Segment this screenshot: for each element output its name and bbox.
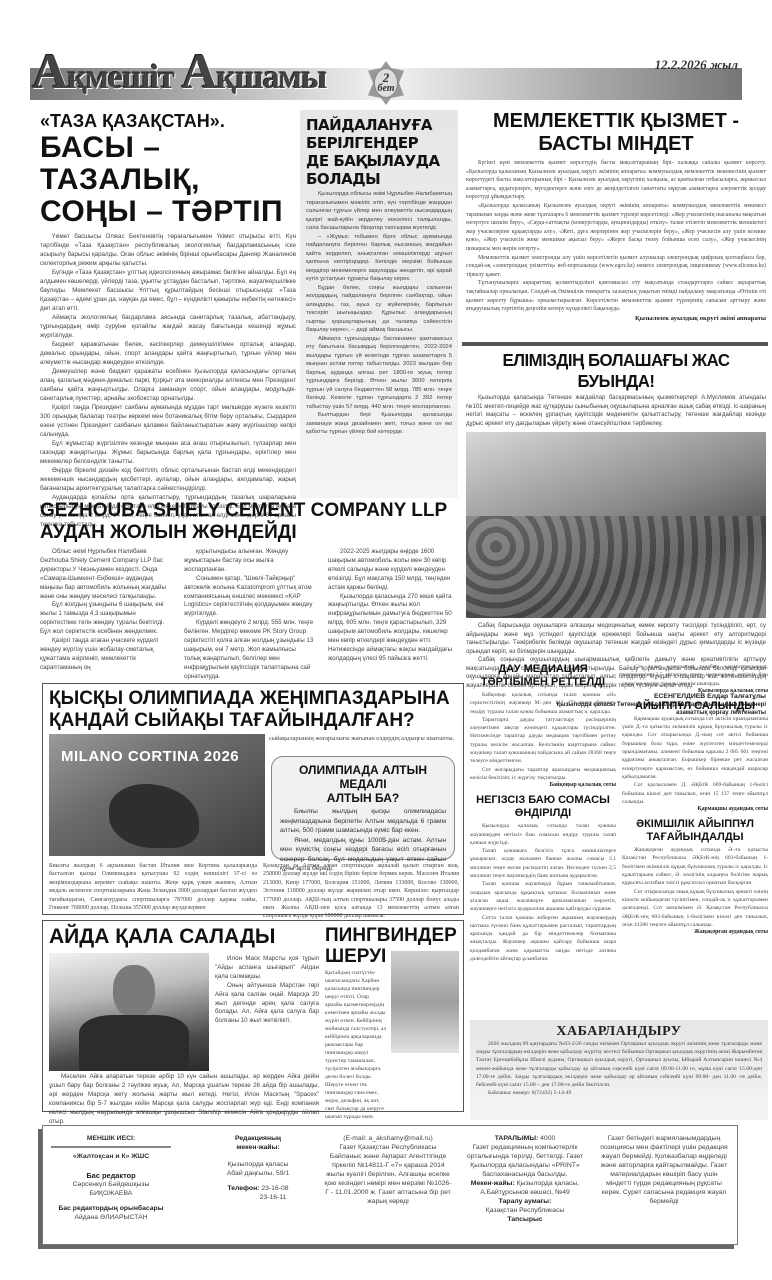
article-headline: ПАЙДАЛАНУҒА БЕРІЛГЕНДЕР ДЕ БАҚЫЛАУДА БОЛ… [306, 116, 452, 188]
aiyppul-signature: Қармақшы аудандық соты [622, 806, 768, 812]
section-divider [462, 342, 768, 346]
article-headline-line2: ҚАНДАЙ СЫЙАҚЫ ТАҒАЙЫНДАЛҒАН? [49, 710, 415, 732]
aiyppul-headline: АЙЫППҰЛ САЛЫНДЫ [622, 700, 768, 713]
portrait-body [79, 1015, 189, 1071]
page-number: 2 [375, 72, 397, 83]
announcement-phone: Байланыс нөмері: 8(72432) 5-14-49 [476, 1089, 762, 1097]
akimshilik-headline-line2: ТАҒАЙЫНДАЛДЫ [622, 831, 768, 844]
article-headline-line2: БАСЫ – ТАЗАЛЫҚ, [40, 132, 296, 196]
article-signature: Байқоңыр қалалық соты [470, 782, 616, 788]
issue-date: 12.2.2026 жыл [655, 57, 738, 73]
column-1: Облыс әкімі Нұрлыбек Налибаев Gezhouba S… [40, 548, 170, 682]
article-body: Қызылорда облысы әкімі Нұрлыбек Налибаев… [306, 190, 452, 437]
negizsiz-signature: Қызылорда қалалық соты [622, 688, 768, 694]
photo-caption: MILANO CORTINA 2026 [61, 748, 239, 765]
article-intro: Қызылорда қаласында Төтенше жағдайлар ба… [466, 394, 766, 428]
article-body: Байқоңыр қалалық сотында талап қоюшы «Н»… [470, 691, 616, 782]
article-elimizdin-bolashagy: ЕЛІМІЗДІҢ БОЛАШАҒЫ ЖАС БУЫНДА! Қызылорда… [466, 350, 766, 717]
article-memlekettik-qyzmet: МЕМЛЕКЕТТІК ҚЫЗМЕТ - БАСТЫ МІНДЕТ Бүгінг… [466, 110, 766, 322]
rescuers-with-students-photo [466, 432, 766, 618]
article-paidalanuga: ПАЙДАЛАНУҒА БЕРІЛГЕНДЕР ДЕ БАҚЫЛАУДА БОЛ… [300, 110, 458, 498]
imprint-registration-column: (E-mail: a_akshamy@mail.ru) Газет Қазақс… [323, 1134, 453, 1206]
article-body: Үкімет басшысы Олжас Бектеновтің төрағал… [40, 232, 296, 529]
article-body: Бүгінгі күні мемлекеттік қызмет көрсетуд… [466, 159, 766, 314]
article-columns: Облыс әкімі Нұрлыбек Налибаев Gezhouba S… [40, 548, 458, 682]
imprint-owner-column: МЕНШІК ИЕСІ: «Жалтоқсан и К» ЖШС Бас ред… [51, 1134, 171, 1222]
lower-right-text: Қазақстан да Алтын алған спортшыдан ақша… [263, 862, 459, 921]
article-headline: ЕЛІМІЗДІҢ БОЛАШАҒЫ ЖАС БУЫНДА! [472, 350, 760, 392]
article-aida-and-pingvin: АЙДА ҚАЛА САЛАДЫ Илон Маск Марсты қоя тұ… [42, 920, 464, 1112]
aida-body-column: Илон Маск Марсты қоя тұрып "Айды аспанға… [215, 955, 319, 1026]
lower-left-text: Биылғы жылдың 6 ақпанынан бастап Италия … [49, 862, 257, 912]
aida-headline: АЙДА ҚАЛА САЛАДЫ [49, 925, 275, 949]
masthead: Ақмешіт Ақшамы 12.2.2026 жыл 2 бет [30, 55, 742, 103]
callout-title-line2: АЛТЫН БА? [280, 791, 446, 805]
imprint-box: МЕНШІК ИЕСІ: «Жалтоқсан и К» ЖШС Бас ред… [42, 1125, 738, 1245]
article-headline-line2: ТӘРТІБІМЕН РЕТТЕЛДІ [470, 676, 616, 689]
negizsiz-continued: Сот талап қоюшының талабын қанағаттандыр… [622, 663, 768, 688]
column-2: қорытындысы алынған. Жөндеу жұмыстарын б… [184, 548, 314, 682]
owner-underline [51, 1146, 171, 1148]
elon-musk-photo [49, 953, 209, 1071]
article-dau-mediacia: ДАУ МЕДИАЦИЯ ТӘРТІБІМЕН РЕТТЕЛДІ Байқоңы… [470, 663, 616, 963]
page-number-badge: 2 бет [368, 55, 404, 115]
akimshilik-body: Жаңақорған аудандық сотында Ә.-ға қатыст… [622, 846, 768, 929]
skater-figure [109, 784, 199, 848]
announcement-panel: ХАБАРЛАНДЫРУ 2026 жылдың 09 қаңтардағы №… [470, 1020, 768, 1120]
announcement-body: 2026 жылдың 09 қаңтардағы №03-2/26 санды… [476, 1040, 762, 1089]
pingvin-headline-line2: ШЕРУІ [325, 947, 386, 967]
imprint-printing-column: ТАРАЛЫМЫ: 4000 Газет редакцияның компьют… [461, 1134, 589, 1224]
akimshilik-signature: Жаңақорған аудандық соты [622, 929, 768, 935]
pingvin-body: Қытайдың солтүстік-шығысындағы Харбин қа… [325, 969, 387, 1121]
page-label: бет [377, 83, 394, 94]
pingvin-headline-line1: ПИНГВИНДЕР [325, 925, 457, 947]
article-gezhouba: GEZHOUBA SHIELY CEMENT COMPANY LLP АУДАН… [40, 500, 458, 682]
article-right-court-column: Сот талап қоюшының талабын қанағаттандыр… [622, 663, 768, 935]
aiyppul-body: Қармақшы аудандық сотында сот актісін ор… [622, 715, 768, 806]
newspaper-title: Ақмешіт Ақшамы [32, 51, 326, 97]
negizsiz-body: Қызылорда қалалық сотында талап қоюшы жа… [470, 822, 616, 963]
article-headline-line1: ДАУ МЕДИАЦИЯ [470, 663, 616, 676]
article-headline-line3: СОҢЫ – ТӘРТІП [40, 196, 296, 228]
article-taza-qazaqstan: «ТАЗА ҚАЗАҚСТАН». БАСЫ – ТАЗАЛЫҚ, СОҢЫ –… [40, 110, 296, 529]
negizsiz-headline-line2: ӨНДІРІЛДІ [470, 807, 616, 820]
column-3: 2022-2025 жылдары өңірде 1600 шақырым ав… [328, 548, 458, 682]
article-headline-line1: ҚЫСҚЫ ОЛИМПИАДА ЖЕҢІМПАЗДАРЫНА [49, 688, 450, 710]
email-link[interactable]: (E-mail: a_akshamy@mail.ru) [323, 1134, 453, 1143]
article-signature: Қызылөзек ауылдық округі әкімі аппараты [466, 315, 766, 322]
article-headline-line1: GEZHOUBA SHIELY CEMENT COMPANY LLP [40, 500, 458, 522]
imprint-address-column: Редакцияның мекен-жайы: Қызылорда қаласы… [203, 1134, 313, 1202]
side-text: сыйақыларының жоғарылығы жағынан елдерді… [269, 734, 459, 743]
portrait-head [113, 965, 155, 1017]
article-headline-line1: «ТАЗА ҚАЗАҚСТАН». [40, 110, 296, 132]
article-headline-line2: АУДАН ЖОЛЫН ЖӨНДЕЙДІ [40, 522, 458, 544]
imprint-disclaimer-column: Газет бетіндегі жарияланымдардың позиция… [599, 1134, 729, 1206]
announcement-headline: ХАБАРЛАНДЫРУ [476, 1024, 762, 1040]
milano-cortina-skater-photo: MILANO CORTINA 2026 [49, 734, 265, 856]
gold-medal-callout: ОЛИМПИАДА АЛТЫН МЕДАЛІ АЛТЫН БА? Биылғы … [271, 756, 455, 860]
callout-title-line1: ОЛИМПИАДА АЛТЫН МЕДАЛІ [280, 763, 446, 791]
akimshilik-headline-line1: ӘКІМШІЛІК АЙЫППҰЛ [622, 818, 768, 831]
article-headline-line1: МЕМЛЕКЕТТІК ҚЫЗМЕТ - [466, 110, 766, 133]
penguin-parade-photo [391, 951, 459, 1053]
negizsiz-headline-line1: НЕГІЗСІЗ БАЮ СОМАСЫ [470, 794, 616, 807]
article-headline-line2: БАСТЫ МІНДЕТ [466, 133, 766, 156]
article-olimpiada: ҚЫСҚЫ ОЛИМПИАДА ЖЕҢІМПАЗДАРЫНА ҚАНДАЙ СЫ… [42, 683, 464, 915]
